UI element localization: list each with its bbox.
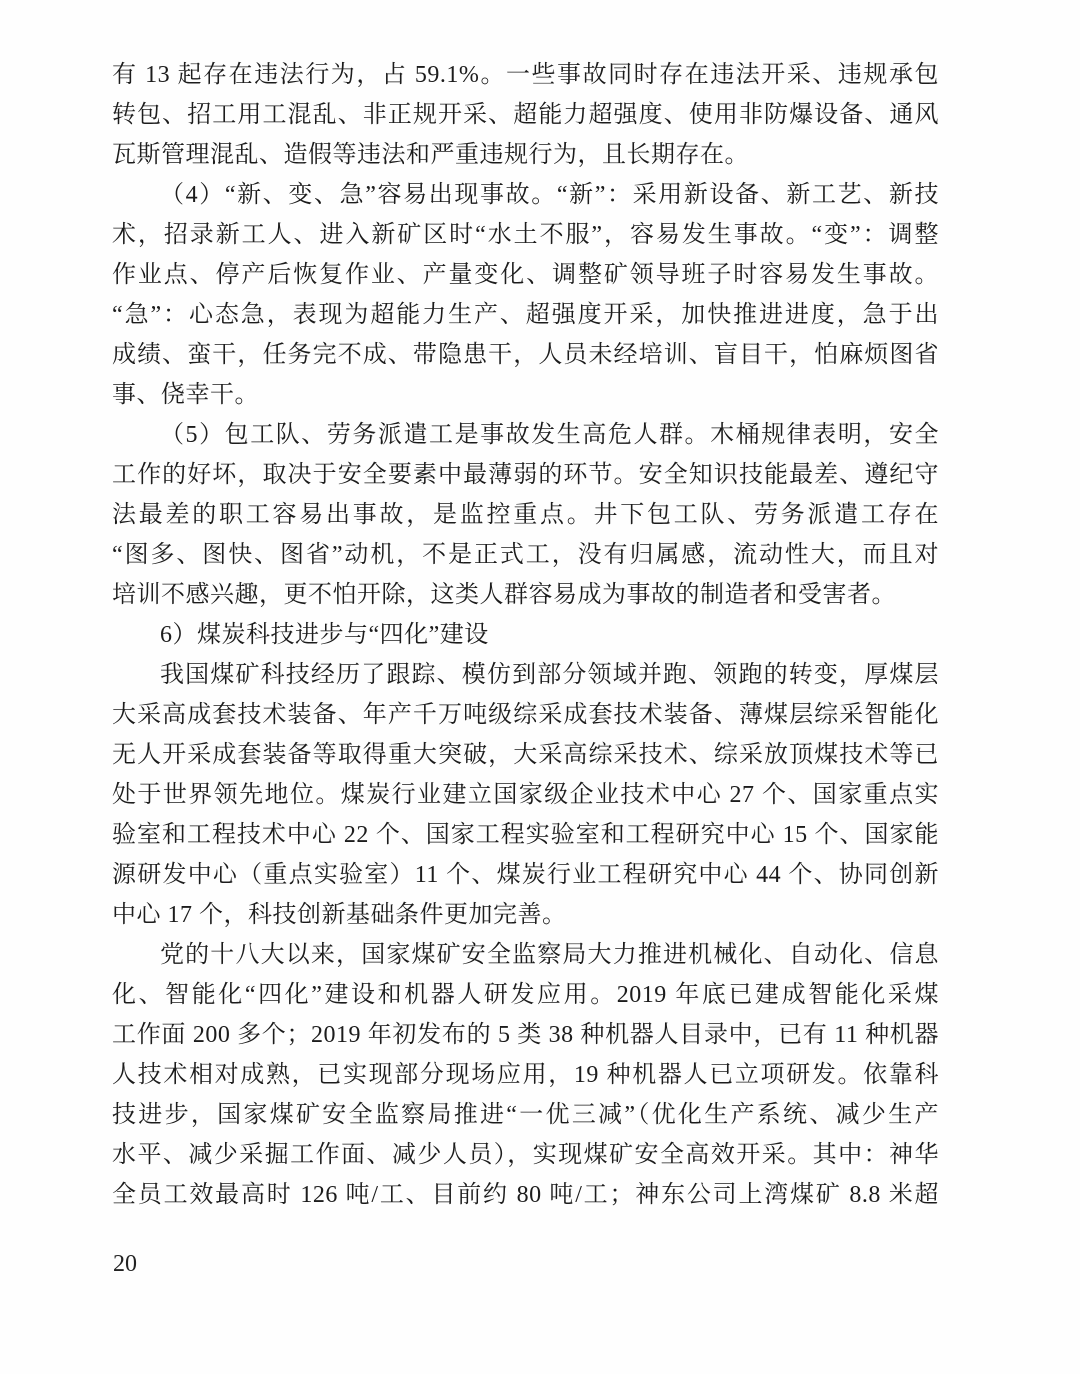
text-line: 化、智能化“四化”建设和机器人研发应用。2019 年底已建成智能化采煤	[112, 975, 939, 1015]
document-page: 有 13 起存在违法行为，占 59.1%。一些事故同时存在违法开采、违规承包转包…	[0, 0, 1080, 1374]
text-line: （4）“新、变、急”容易出现事故。“新”：采用新设备、新工艺、新技	[112, 175, 939, 215]
page-number: 20	[113, 1246, 137, 1282]
text-line: 工作面 200 多个；2019 年初发布的 5 类 38 种机器人目录中，已有 …	[112, 1015, 939, 1055]
text-line: “急”：心态急，表现为超能力生产、超强度开采，加快推进进度，急于出	[112, 295, 939, 335]
text-line: 术，招录新工人、进入新矿区时“水土不服”，容易发生事故。“变”：调整	[112, 215, 939, 255]
text-line: 大采高成套技术装备、年产千万吨级综采成套技术装备、薄煤层综采智能化	[112, 695, 939, 735]
text-line: 工作的好坏，取决于安全要素中最薄弱的环节。安全知识技能最差、遵纪守	[112, 455, 939, 495]
text-line: 中心 17 个，科技创新基础条件更加完善。	[112, 895, 939, 935]
text-line: 全员工效最高时 126 吨/工、目前约 80 吨/工；神东公司上湾煤矿 8.8 …	[112, 1175, 939, 1215]
text-line: 验室和工程技术中心 22 个、国家工程实验室和工程研究中心 15 个、国家能	[112, 815, 939, 855]
text-line: 人技术相对成熟，已实现部分现场应用，19 种机器人已立项研发。依靠科	[112, 1055, 939, 1095]
text-line: 作业点、停产后恢复作业、产量变化、调整矿领导班子时容易发生事故。	[112, 255, 939, 295]
text-line: 党的十八大以来，国家煤矿安全监察局大力推进机械化、自动化、信息	[112, 935, 939, 975]
text-line: 无人开采成套装备等取得重大突破，大采高综采技术、综采放顶煤技术等已	[112, 735, 939, 775]
text-line: 我国煤矿科技经历了跟踪、模仿到部分领域并跑、领跑的转变，厚煤层	[112, 655, 939, 695]
text-line: 处于世界领先地位。煤炭行业建立国家级企业技术中心 27 个、国家重点实	[112, 775, 939, 815]
text-line: 成绩、蛮干，任务完不成、带隐患干，人员未经培训、盲目干，怕麻烦图省	[112, 335, 939, 375]
text-line: 转包、招工用工混乱、非正规开采、超能力超强度、使用非防爆设备、通风	[112, 95, 939, 135]
text-line: 事、侥幸干。	[112, 375, 939, 415]
text-line: “图多、图快、图省”动机，不是正式工，没有归属感，流动性大，而且对	[112, 535, 939, 575]
text-line: 技进步，国家煤矿安全监察局推进“一优三减”（优化生产系统、减少生产	[112, 1095, 939, 1135]
text-line: 有 13 起存在违法行为，占 59.1%。一些事故同时存在违法开采、违规承包	[112, 55, 939, 95]
text-line: 培训不感兴趣，更不怕开除，这类人群容易成为事故的制造者和受害者。	[112, 575, 939, 615]
text-line: （5）包工队、劳务派遣工是事故发生高危人群。木桶规律表明，安全	[112, 415, 939, 455]
text-line: 水平、减少采掘工作面、减少人员），实现煤矿安全高效开采。其中：神华	[112, 1135, 939, 1175]
text-line: 源研发中心（重点实验室）11 个、煤炭行业工程研究中心 44 个、协同创新	[112, 855, 939, 895]
text-line: 6）煤炭科技进步与“四化”建设	[112, 615, 939, 655]
text-line: 法最差的职工容易出事故，是监控重点。井下包工队、劳务派遣工存在	[112, 495, 939, 535]
text-line: 瓦斯管理混乱、造假等违法和严重违规行为，且长期存在。	[112, 135, 939, 175]
page-body-text: 有 13 起存在违法行为，占 59.1%。一些事故同时存在违法开采、违规承包转包…	[112, 55, 939, 1215]
